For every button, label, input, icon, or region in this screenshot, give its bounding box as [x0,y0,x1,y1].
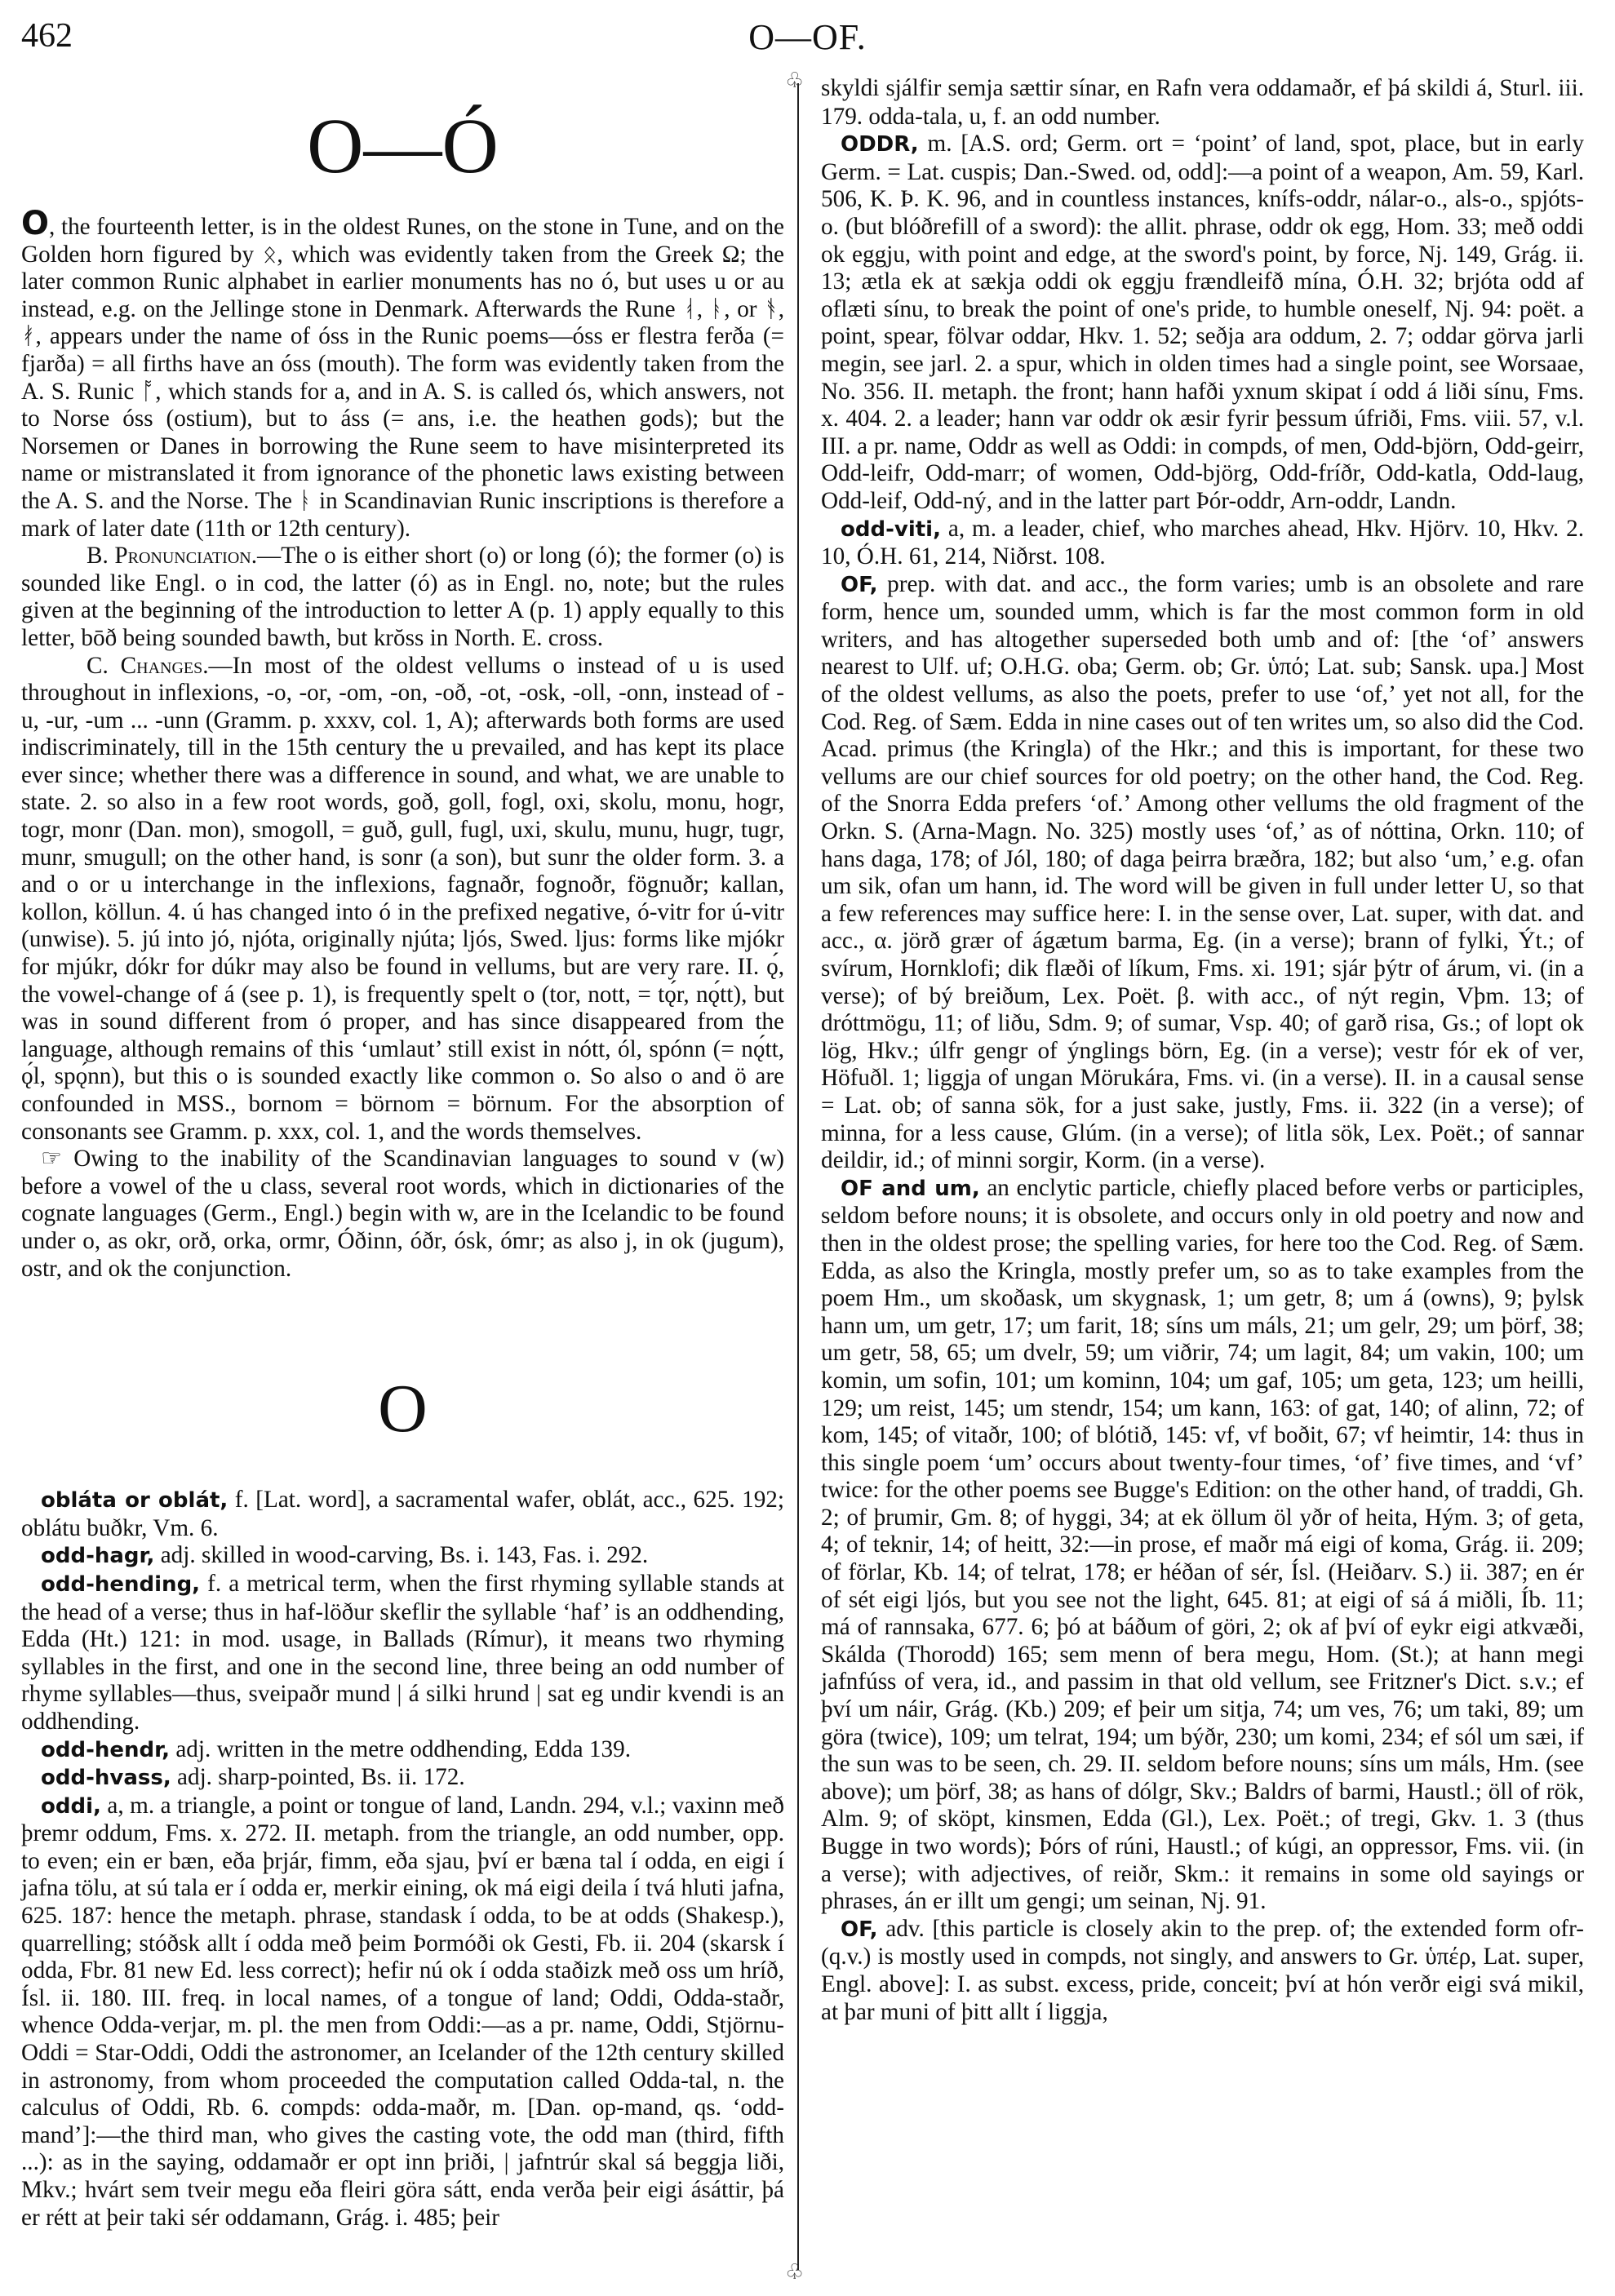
changes-label: C. Changes. [87,653,209,679]
headword: OF, [841,573,878,597]
dictionary-entry: OF, adv. [this particle is closely akin … [821,1916,1584,2026]
note-paragraph: ☞ Owing to the inability of the Scandina… [21,1146,784,1283]
left-column: O—Ó O, the fourteenth letter, is in the … [21,75,784,2232]
dictionary-entry: odd-hendr, adj. written in the metre odd… [21,1736,784,1765]
pointing-hand-icon: ☞ [41,1146,62,1172]
headword: oddi, [41,1794,101,1819]
pronunciation-paragraph: B. Pronunciation.—The o is either short … [21,543,784,652]
headword: odd-hendr, [41,1738,170,1762]
headword: odd-hvass, [41,1766,171,1790]
dictionary-entry: OF, prep. with dat. and acc., the form v… [821,571,1584,1175]
section-title-o-o-acute: O—Ó [21,101,784,191]
right-column: skyldi sjálfir semja sættir sínar, en Ra… [821,75,1584,2026]
column-divider [797,83,799,2270]
dictionary-entry-continued: skyldi sjálfir semja sættir sínar, en Ra… [821,75,1584,131]
dictionary-entry: obláta or oblát, f. [Lat. word], a sacra… [21,1487,784,1542]
lead-letter: O [21,205,49,242]
dictionary-entry: odd-hagr, adj. skilled in wood-carving, … [21,1542,784,1571]
headword: OF and um, [841,1177,980,1201]
headword: odd-hagr, [41,1544,154,1568]
headword: ODDR, [841,132,919,157]
dictionary-entry: odd-hending, f. a metrical term, when th… [21,1571,784,1736]
dictionary-entry: odd-hvass, adj. sharp-pointed, Bs. ii. 1… [21,1764,784,1793]
section-title-o: O [21,1364,784,1454]
pronunciation-label: B. Pronunciation. [87,543,257,569]
fold-mark-icon: ♧ [785,69,804,93]
headword: obláta or oblát, [41,1488,228,1513]
dictionary-entry: odd-viti, a, m. a leader, chief, who mar… [821,516,1584,571]
dictionary-entry: oddi, a, m. a triangle, a point or tongu… [21,1793,784,2232]
headword: odd-hending, [41,1572,200,1597]
dictionary-entry: ODDR, m. [A.S. ord; Germ. ort = ‘point’ … [821,131,1584,515]
headword: odd-viti, [841,517,941,542]
dictionary-entry: OF and um, an enclytic particle, chiefly… [821,1175,1584,1916]
headword: OF, [841,1917,878,1942]
intro-paragraph: O, the fourteenth letter, is in the olde… [21,211,784,543]
running-head: O—OF. [0,16,1615,58]
fold-mark-icon: ♧ [785,2260,804,2285]
changes-paragraph: C. Changes.—In most of the oldest vellum… [21,653,784,1146]
